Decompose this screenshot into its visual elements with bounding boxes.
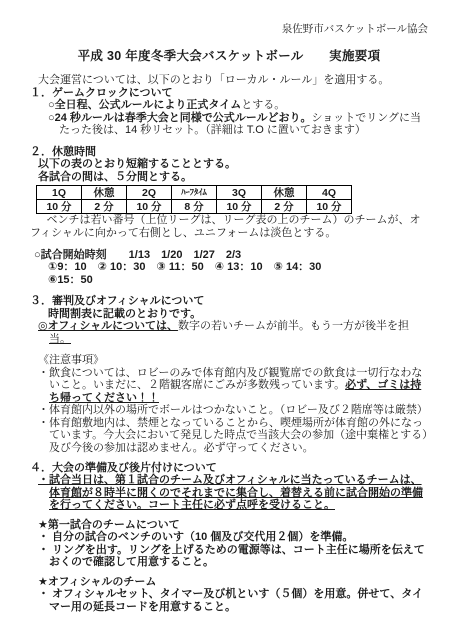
table-value-cell: 10 分 <box>127 200 172 214</box>
first-game-item2: ・ リングを出す。リングを上げるための電源等は、コート主任に場所を伝えておくので… <box>38 544 428 569</box>
section4-heading: ４．大会の準備及び後片付けについて <box>30 462 428 475</box>
table-value-cell: 8 分 <box>172 200 217 214</box>
section1-item1-normal: とする。 <box>241 99 285 111</box>
section3-official-tail: 当。 <box>49 333 71 345</box>
section3-official-lead: ◎オフィシャルについては、 <box>38 320 178 332</box>
table-value-cell: 10 分 <box>37 200 82 214</box>
organization-name: 泉佐野市バスケットボール協会 <box>30 24 428 36</box>
official-team-item1: ・ オフィシャルセット、タイマー及び机といす（５個）を用意。併せて、タイマー用の… <box>38 588 428 613</box>
section2-line1: 以下の表のとおり短縮することとする。 <box>38 158 428 171</box>
section1-item2-bold: ○24 秒ルールは春季大会と同様で公式ルールどおり。 <box>48 112 312 124</box>
intro-text: 大会運営については、以下のとおり「ローカル・ルール」を適用する。 <box>38 74 428 87</box>
section3-official-body: 数字の若いチームが前半。もう一方が後半を担 <box>178 320 409 332</box>
schedule-times-line2: ⑥15：50 <box>48 274 428 287</box>
notes-item3: ・体育館敷地内は、禁煙となっていることから、喫煙場所が体育館の外になっています。… <box>38 417 428 455</box>
section4-item1: ・試合当日は、第１試合のチーム及びオフィシャルに当たっているチームは、体育館が８… <box>38 474 428 512</box>
schedule-times-line1: ①9：10 ② 10：30 ③ 11：50 ④ 13：10 ⑤ 14：30 <box>48 261 428 274</box>
notes-item2: ・体育館内以外の場所でボールはつかないこと。（ロビー及び２階席等は厳禁） <box>38 404 428 417</box>
document-title: 平成 30 年度冬季大会バスケットボール 実施要項 <box>30 49 428 63</box>
section1-item2: ○24 秒ルールは春季大会と同様で公式ルールどおり。ショットでリングに当たった後… <box>48 112 428 137</box>
schedule-dates: 1/13 1/20 1/27 2/3 <box>129 249 242 261</box>
section1-heading: １．ゲームクロックについて <box>30 87 428 100</box>
official-team-heading: ★オフィシャルのチーム <box>38 576 428 589</box>
schedule-heading-line: ○試合開始時刻 1/13 1/20 1/27 2/3 <box>34 249 428 262</box>
rest-time-table: 1Q 休憩 2Q ﾊｰﾌﾀｲﾑ 3Q 休憩 4Q 10 分 2 分 10 分 8… <box>36 185 352 214</box>
table-header-cell: 休憩 <box>82 186 127 200</box>
section2-heading: ２．休憩時間 <box>30 146 428 159</box>
table-header-cell: ﾊｰﾌﾀｲﾑ <box>172 186 217 200</box>
table-value-row: 10 分 2 分 10 分 8 分 10 分 2 分 10 分 <box>37 200 352 214</box>
table-value-cell: 10 分 <box>307 200 352 214</box>
section3-official: ◎オフィシャルについては、数字の若いチームが前半。もう一方が後半を担当。 <box>38 320 428 345</box>
bench-note: ベンチは若い番号（上位リーグは、リーグ表の上のチーム）のチームが、オフィシャルに… <box>30 214 428 239</box>
table-header-cell: 1Q <box>37 186 82 200</box>
table-value-cell: 10 分 <box>217 200 262 214</box>
table-header-cell: 3Q <box>217 186 262 200</box>
section3-line1: 時間割表に記載のとおりです。 <box>48 308 428 321</box>
table-header-row: 1Q 休憩 2Q ﾊｰﾌﾀｲﾑ 3Q 休憩 4Q <box>37 186 352 200</box>
section2-line2: 各試合の間は、５分間とする。 <box>38 171 428 184</box>
first-game-item1: ・ 自分の試合のベンチのいす（10 個及び交代用２個）を準備。 <box>38 531 428 544</box>
table-value-cell: 2 分 <box>82 200 127 214</box>
section1-item1: ○全日程、公式ルールにより正式タイムとする。 <box>48 99 428 112</box>
section3-heading: ３．審判及びオフィシャルについて <box>30 295 428 308</box>
table-header-cell: 4Q <box>307 186 352 200</box>
document-page: 泉佐野市バスケットボール協会 平成 30 年度冬季大会バスケットボール 実施要項… <box>0 0 452 640</box>
notes-item1: ・飲食については、ロビーのみで体育館内及び観覧席での飲食は一切行なわないこと。い… <box>38 367 428 405</box>
schedule-heading: ○試合開始時刻 <box>34 249 107 261</box>
table-header-cell: 2Q <box>127 186 172 200</box>
section1-item1-bold: ○全日程、公式ルールにより正式タイム <box>48 99 241 111</box>
first-game-heading: ★第一試合のチームについて <box>38 519 428 532</box>
table-value-cell: 2 分 <box>262 200 307 214</box>
table-header-cell: 休憩 <box>262 186 307 200</box>
notes-heading: 《注意事項》 <box>38 354 428 367</box>
